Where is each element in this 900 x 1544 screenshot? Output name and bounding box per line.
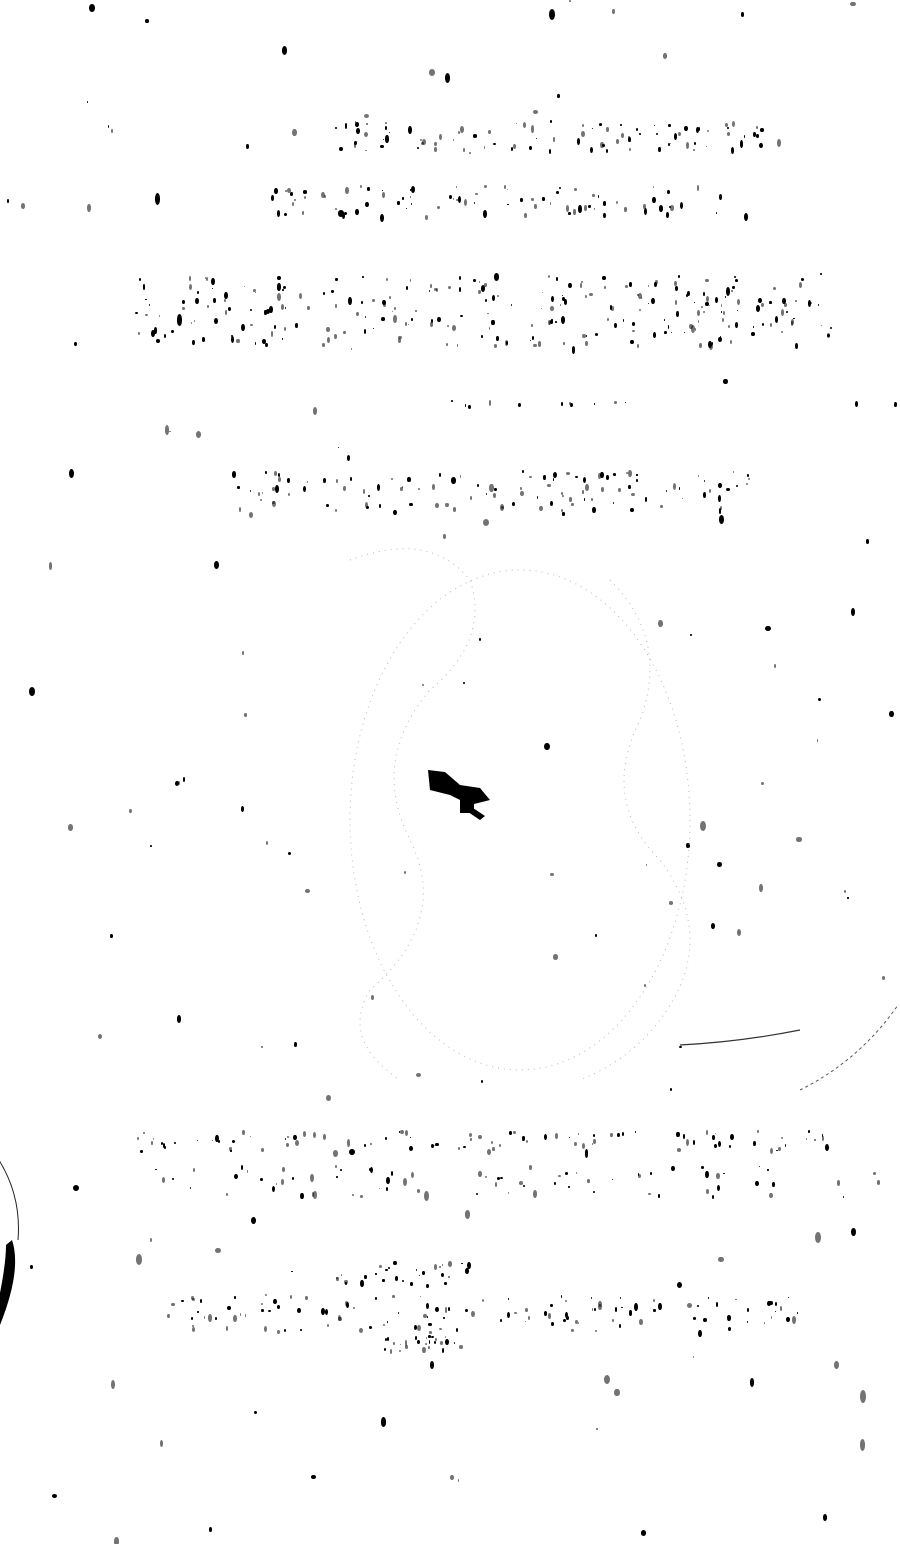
scan-speck <box>450 1475 454 1481</box>
scan-speck <box>460 126 464 133</box>
scan-speck <box>359 1328 363 1333</box>
scan-speck <box>347 1139 351 1147</box>
scan-speck <box>591 1297 592 1299</box>
title: [illegible] <box>0 275 900 294</box>
scan-speck <box>820 273 822 275</box>
scan-speck <box>139 278 141 281</box>
scan-speck <box>511 304 512 307</box>
scan-speck <box>283 286 286 289</box>
scan-speck <box>360 1195 363 1198</box>
scan-speck <box>452 325 456 331</box>
scan-speck <box>734 276 736 278</box>
scan-speck <box>512 502 515 506</box>
scan-speck <box>365 316 366 318</box>
scan-speck <box>750 1378 754 1387</box>
scan-speck <box>493 493 496 498</box>
scan-speck <box>195 298 199 304</box>
scan-speck <box>594 1308 596 1311</box>
scan-speck <box>520 491 524 495</box>
scan-speck <box>786 311 788 313</box>
scan-speck <box>392 311 394 313</box>
scan-speck <box>367 187 369 191</box>
scan-speck <box>629 148 631 151</box>
scan-speck <box>391 478 393 480</box>
scan-speck <box>614 1389 619 1397</box>
scan-speck <box>430 322 433 326</box>
scan-speck <box>709 305 710 306</box>
scan-speck <box>719 194 722 199</box>
scan-speck <box>228 307 232 312</box>
scan-speck <box>416 1269 417 1271</box>
scan-speck <box>379 504 381 508</box>
scan-speck <box>159 315 160 317</box>
scan-speck <box>726 287 730 295</box>
scan-speck <box>300 1193 303 1199</box>
scan-speck <box>699 343 702 347</box>
scan-speck <box>335 1165 337 1168</box>
scan-speck <box>265 1294 268 1296</box>
scan-speck <box>658 1194 660 1197</box>
scan-speck <box>721 304 723 308</box>
scan-speck <box>703 492 706 497</box>
scan-speck <box>177 314 183 326</box>
scan-speck <box>68 824 73 830</box>
scan-speck <box>877 1180 881 1184</box>
scan-speck <box>574 1142 577 1146</box>
scan-speck <box>695 328 697 330</box>
scan-speck <box>274 188 277 194</box>
scan-speck <box>843 1196 844 1198</box>
scan-speck <box>285 307 286 309</box>
scan-speck <box>151 330 155 337</box>
scan-speck <box>197 1140 199 1141</box>
scan-speck <box>335 127 337 129</box>
scan-speck <box>542 197 544 200</box>
scan-speck <box>429 1331 432 1334</box>
scan-speck <box>274 325 276 330</box>
scan-speck <box>564 299 567 304</box>
scan-speck <box>595 333 598 336</box>
scan-speck <box>226 1193 227 1196</box>
scan-speck <box>453 507 457 511</box>
scan-speck <box>666 212 669 218</box>
scan-speck <box>335 278 338 281</box>
scan-speck <box>393 1342 395 1344</box>
scan-speck <box>712 1195 714 1199</box>
scan-speck <box>460 315 463 317</box>
scan-speck <box>735 1299 737 1301</box>
scan-speck <box>108 125 110 128</box>
scan-speck <box>231 335 233 337</box>
scan-speck <box>231 336 234 343</box>
scan-speck <box>624 207 626 211</box>
scan-speck <box>448 1261 452 1266</box>
scan-speck <box>723 379 727 385</box>
scan-speck <box>74 342 77 346</box>
scan-speck <box>653 1309 655 1312</box>
scan-speck <box>631 493 635 496</box>
scan-speck <box>716 1173 719 1179</box>
scan-speck <box>150 1238 152 1242</box>
scan-speck <box>682 498 683 500</box>
scan-speck <box>525 1308 528 1312</box>
scan-speck <box>687 1303 692 1308</box>
scan-speck <box>458 1147 460 1150</box>
scan-speck <box>625 285 628 288</box>
scan-speck <box>781 331 783 333</box>
scan-speck <box>675 286 678 290</box>
scan-speck <box>550 501 553 506</box>
scan-speck <box>756 126 759 129</box>
scan-speck <box>255 342 257 345</box>
scan-speck <box>601 487 604 492</box>
scan-speck <box>576 1172 577 1175</box>
scan-speck <box>284 327 286 331</box>
scan-speck <box>73 1185 79 1191</box>
scan-speck <box>363 489 366 494</box>
scan-speck <box>496 336 499 342</box>
scan-speck <box>439 1266 441 1268</box>
scan-speck <box>211 278 215 285</box>
scan-speck <box>675 300 677 305</box>
scan-speck <box>402 197 403 199</box>
scan-speck <box>435 1338 437 1341</box>
scan-speck <box>730 340 733 344</box>
scan-speck <box>533 344 536 347</box>
scan-speck <box>254 1411 257 1415</box>
scan-speck <box>177 1015 181 1022</box>
scan-speck <box>386 278 388 281</box>
scan-speck <box>393 510 396 515</box>
scan-speck <box>765 626 770 631</box>
scan-speck <box>632 330 635 332</box>
scan-speck <box>489 400 492 406</box>
scan-speck <box>610 305 613 310</box>
scan-speck <box>651 298 655 304</box>
scan-speck <box>614 401 617 404</box>
scan-speck <box>135 312 138 315</box>
scan-speck <box>295 323 298 327</box>
scan-speck <box>731 290 732 292</box>
scan-speck <box>808 300 811 307</box>
scan-speck <box>652 197 655 203</box>
scan-speck <box>778 1147 781 1151</box>
scan-speck <box>327 1324 329 1327</box>
scan-speck <box>333 1150 339 1157</box>
scan-speck <box>628 470 631 477</box>
scan-speck <box>753 326 755 328</box>
scan-speck <box>582 1143 585 1149</box>
scan-speck <box>478 1171 481 1177</box>
scan-speck <box>347 455 350 461</box>
scan-speck <box>578 205 582 212</box>
scan-speck <box>483 210 487 218</box>
scan-speck <box>234 1296 235 1298</box>
scan-speck <box>323 478 326 483</box>
scan-speck <box>684 332 686 334</box>
scan-speck <box>278 477 281 482</box>
scan-speck <box>538 341 542 347</box>
scan-speck <box>531 198 534 200</box>
scan-speck <box>771 1316 772 1319</box>
scan-speck <box>364 1275 366 1279</box>
scan-speck <box>659 205 663 211</box>
scan-speck <box>386 1177 390 1184</box>
scan-speck <box>594 403 595 404</box>
scan-speck <box>572 346 576 354</box>
scan-speck <box>777 139 781 147</box>
scan-speck <box>860 1439 865 1451</box>
scan-speck <box>677 1148 681 1152</box>
scan-speck <box>668 124 671 128</box>
scan-speck <box>671 1166 674 1171</box>
scan-speck <box>369 1168 372 1172</box>
scan-speck <box>560 304 561 306</box>
scan-speck <box>437 317 441 321</box>
scan-speck <box>497 295 499 297</box>
scan-speck <box>632 322 635 326</box>
scan-speck <box>114 1537 119 1544</box>
imprint-line-1: [illegible] <box>0 1130 900 1149</box>
scan-speck <box>303 190 307 193</box>
scan-speck <box>261 1046 262 1048</box>
scan-speck <box>619 1324 621 1328</box>
scan-speck <box>284 1329 286 1332</box>
scan-speck <box>247 1170 248 1173</box>
footer-line-2: [illegible] <box>0 1305 900 1324</box>
scan-speck <box>603 213 606 218</box>
scan-speck <box>786 1317 790 1322</box>
scan-speck <box>814 1139 815 1140</box>
scan-speck <box>360 185 362 187</box>
scan-speck <box>435 503 438 508</box>
scan-speck <box>244 286 245 287</box>
scan-speck <box>613 502 614 504</box>
scan-speck <box>321 1308 325 1315</box>
scan-speck <box>463 1146 465 1148</box>
scan-speck <box>264 1326 267 1332</box>
stray-pen-mark <box>600 990 900 1130</box>
scan-speck <box>630 340 634 345</box>
scan-speck <box>409 1146 413 1151</box>
scan-speck <box>338 210 344 216</box>
scan-speck <box>69 469 74 478</box>
scan-speck <box>550 120 551 123</box>
scan-speck <box>261 1309 264 1312</box>
scan-speck <box>439 1328 442 1331</box>
scan-speck <box>617 1133 620 1138</box>
scan-speck <box>719 508 722 514</box>
scan-speck <box>487 1149 491 1155</box>
scan-speck <box>663 53 667 58</box>
scan-speck <box>628 137 631 141</box>
scan-speck <box>467 1262 471 1269</box>
scan-speck <box>380 145 384 148</box>
scan-speck <box>612 9 615 15</box>
scan-speck <box>548 320 551 325</box>
scan-speck <box>446 343 448 346</box>
scan-speck <box>708 1297 709 1299</box>
scan-speck <box>489 327 491 330</box>
scan-speck <box>470 1138 471 1140</box>
scan-speck <box>253 289 255 292</box>
scan-speck <box>744 135 745 138</box>
scan-speck <box>175 781 179 786</box>
scan-speck <box>250 324 253 327</box>
scan-speck <box>273 1299 276 1304</box>
scan-speck <box>352 1194 354 1196</box>
scan-speck <box>488 130 491 134</box>
scan-speck <box>459 1345 463 1350</box>
scan-speck <box>335 509 338 513</box>
scan-speck <box>860 1390 866 1403</box>
scan-speck <box>664 331 667 334</box>
scan-speck <box>585 1149 589 1157</box>
scan-speck <box>468 405 471 409</box>
scan-speck <box>287 478 290 483</box>
scan-speck <box>260 499 262 502</box>
scan-speck <box>482 1299 484 1302</box>
scan-speck <box>592 507 595 513</box>
scan-speck <box>417 1325 421 1331</box>
scan-speck <box>818 698 821 701</box>
scan-speck <box>635 1131 636 1132</box>
scan-speck <box>492 295 495 300</box>
scan-speck <box>428 1323 431 1326</box>
scan-speck <box>487 313 489 315</box>
scan-speck <box>596 1428 598 1429</box>
scan-speck <box>694 142 696 146</box>
scan-speck <box>191 322 192 324</box>
scan-speck <box>795 300 797 301</box>
scan-speck <box>530 340 531 341</box>
scan-speck <box>465 1210 470 1218</box>
scan-speck <box>326 327 330 332</box>
scan-speck <box>297 1308 301 1313</box>
scan-speck <box>491 320 494 326</box>
scan-speck <box>232 471 236 477</box>
scan-speck <box>625 402 626 403</box>
scan-speck <box>559 187 561 190</box>
scan-speck <box>136 1254 142 1264</box>
scan-speck <box>448 1276 449 1278</box>
scan-speck <box>375 1297 376 1300</box>
scan-speck <box>618 488 621 492</box>
scan-speck <box>327 337 331 344</box>
scan-speck <box>338 447 339 448</box>
scan-speck <box>703 292 705 296</box>
scan-speck <box>569 402 572 405</box>
scan-speck <box>697 310 700 316</box>
scan-speck <box>338 1317 341 1322</box>
scan-speck <box>299 293 302 299</box>
edge-smudge <box>0 1150 32 1330</box>
scan-speck <box>614 323 618 329</box>
scan-speck <box>426 1337 427 1339</box>
scan-speck <box>282 1167 285 1172</box>
scan-speck <box>349 1149 355 1156</box>
scan-speck <box>701 306 704 308</box>
scan-speck <box>356 128 360 134</box>
scan-speck <box>568 212 571 215</box>
scan-speck <box>645 497 648 502</box>
scan-speck <box>398 336 401 339</box>
scan-speck <box>731 147 735 155</box>
scan-speck <box>722 318 724 323</box>
scan-speck <box>508 1298 509 1299</box>
scan-speck <box>445 503 448 507</box>
scan-speck <box>569 1137 570 1138</box>
scan-speck <box>336 1277 338 1279</box>
scan-speck <box>821 325 822 326</box>
scan-speck <box>442 1264 443 1265</box>
scan-speck <box>637 344 639 349</box>
scan-speck <box>571 1329 574 1332</box>
scan-speck <box>513 144 516 149</box>
scan-speck <box>706 146 707 147</box>
scan-speck <box>428 1346 430 1348</box>
scan-speck <box>183 777 185 782</box>
scan-speck <box>732 286 734 289</box>
scan-speck <box>340 1169 342 1171</box>
scan-speck <box>192 340 195 345</box>
scan-speck <box>424 1191 429 1201</box>
scan-speck <box>484 146 485 148</box>
scan-speck <box>781 309 785 317</box>
scan-speck <box>282 338 283 339</box>
scan-speck <box>429 290 430 292</box>
scan-speck <box>49 562 53 570</box>
scan-speck <box>686 294 688 296</box>
scan-speck <box>385 1269 387 1272</box>
scan-speck <box>274 471 277 476</box>
scan-speck <box>616 139 620 144</box>
scan-speck <box>574 188 577 191</box>
scan-speck <box>224 299 226 302</box>
scan-speck <box>737 299 740 305</box>
scan-speck <box>524 213 527 218</box>
scan-speck <box>225 310 228 315</box>
scan-speck <box>769 1193 772 1198</box>
scan-speck <box>305 1296 308 1300</box>
scan-speck <box>703 1318 707 1322</box>
scan-speck <box>664 319 666 321</box>
scan-speck <box>520 198 523 202</box>
scan-speck <box>762 323 765 326</box>
scan-speck <box>307 306 311 309</box>
scan-speck <box>365 202 368 207</box>
scan-speck <box>686 1139 689 1146</box>
scan-speck <box>485 1176 487 1178</box>
scan-speck <box>716 212 718 214</box>
scan-speck <box>497 1177 500 1180</box>
scan-speck <box>484 185 487 188</box>
scan-speck <box>741 12 744 17</box>
scan-speck <box>431 319 433 323</box>
scan-speck <box>227 1306 231 1310</box>
scan-speck <box>145 299 146 300</box>
scan-speck <box>818 304 819 306</box>
scan-speck <box>705 302 708 306</box>
scan-speck <box>686 142 690 149</box>
scan-speck <box>250 309 252 311</box>
scan-speck <box>573 209 577 214</box>
scan-speck <box>469 152 471 154</box>
scan-speck <box>636 474 637 475</box>
scan-speck <box>653 332 656 338</box>
scan-speck <box>737 310 738 311</box>
scan-speck <box>360 1280 363 1287</box>
